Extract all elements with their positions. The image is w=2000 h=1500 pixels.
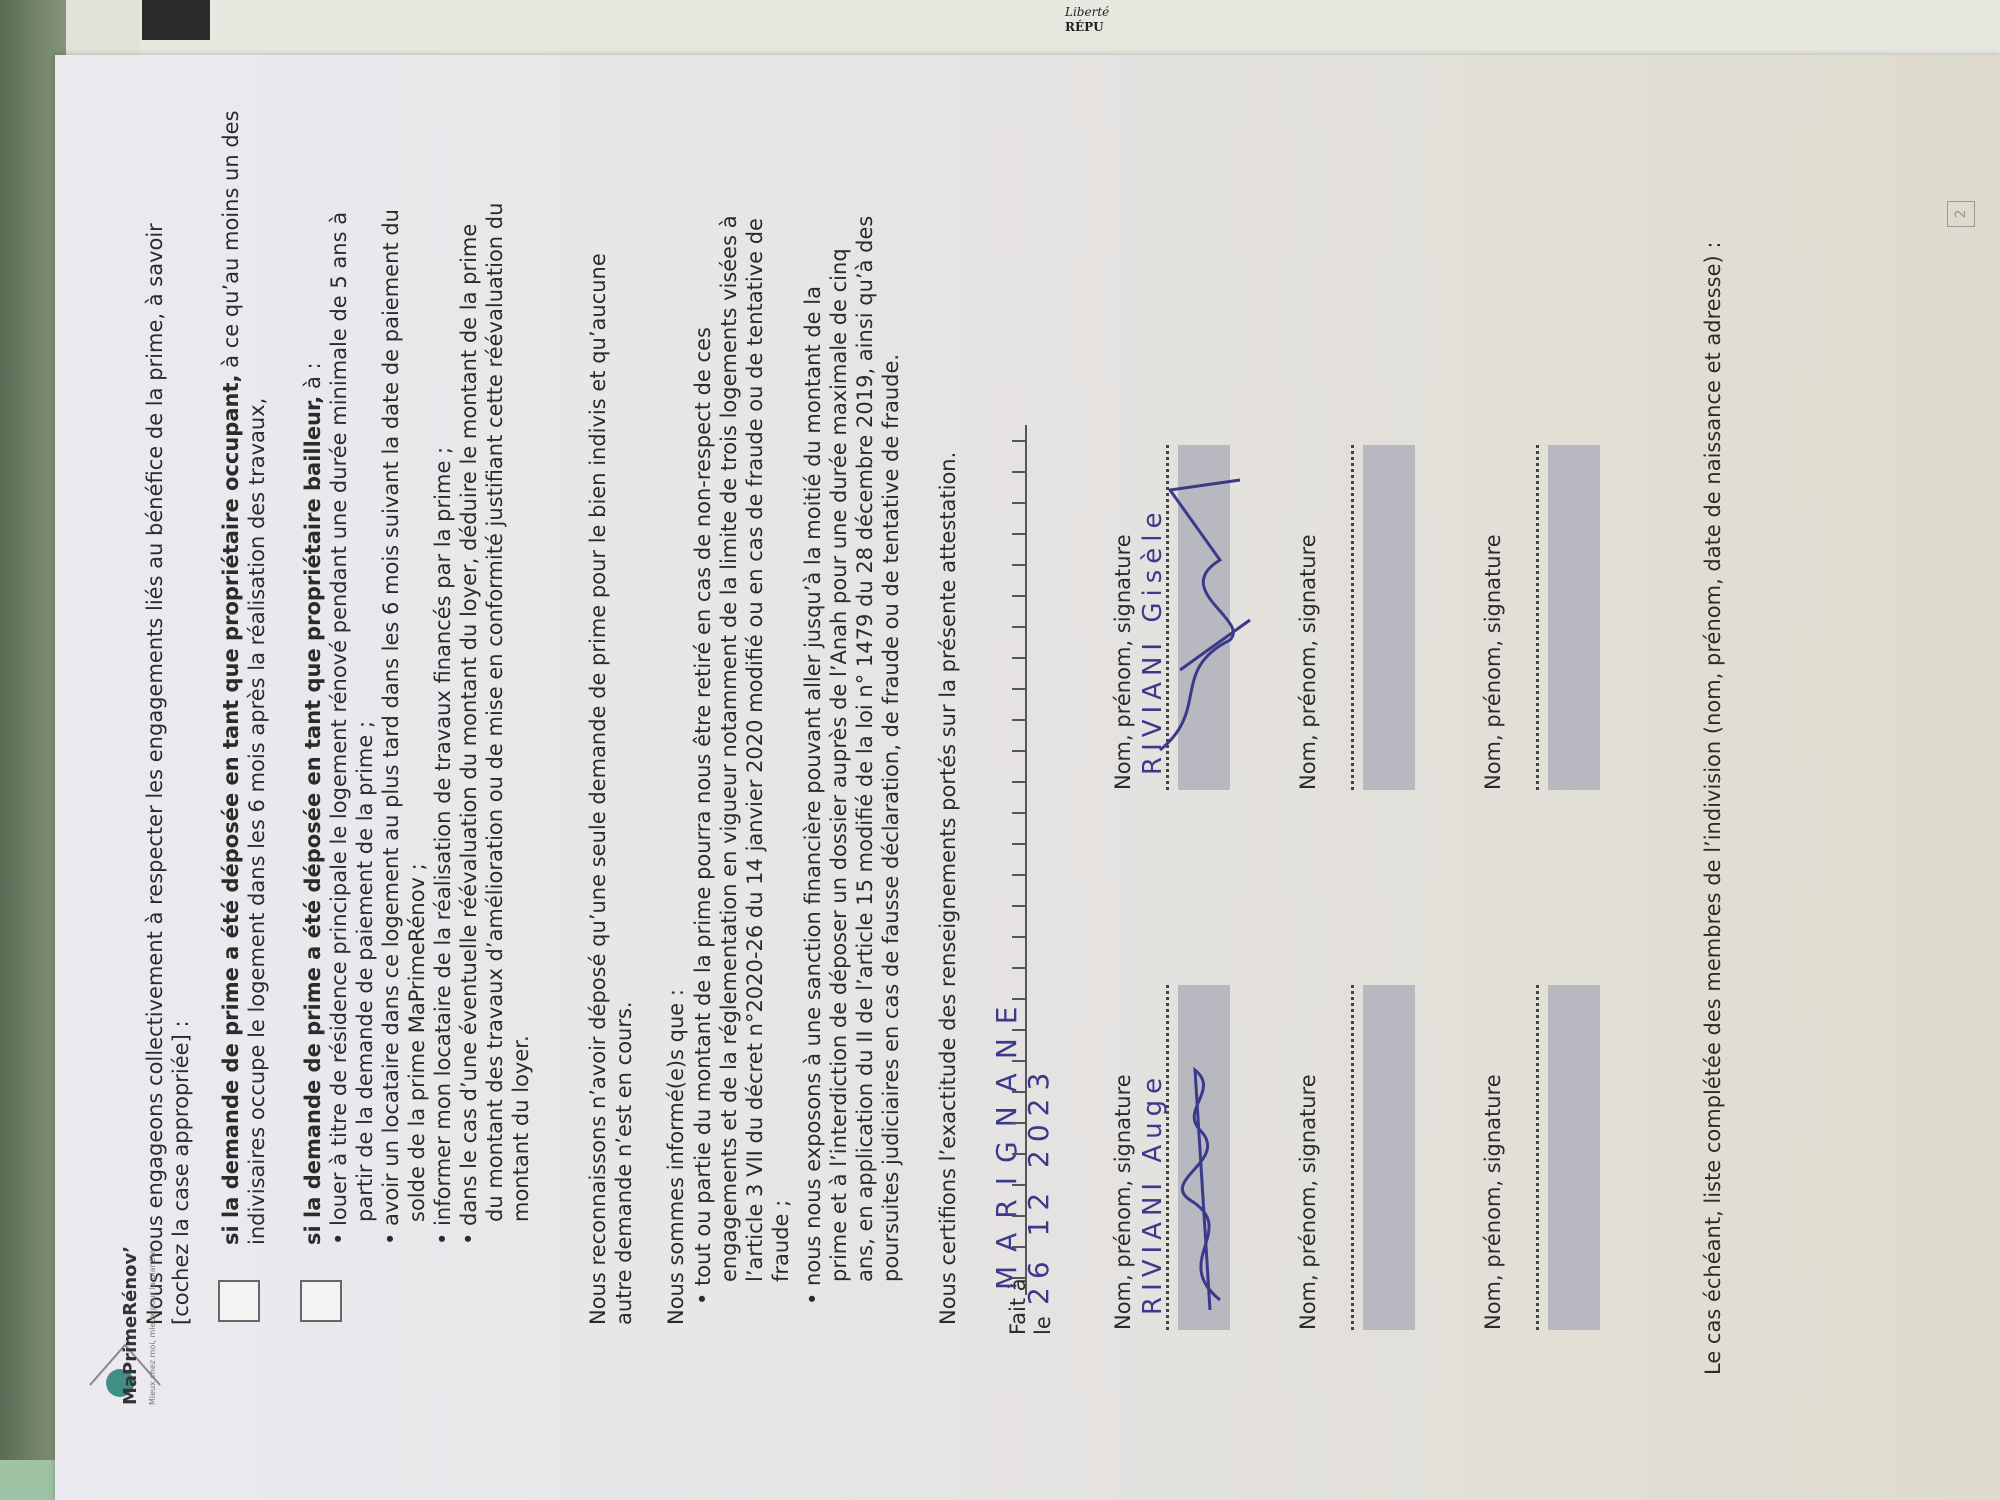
- reconnaissance-text: Nous reconnaissons n’avoir déposé qu’une…: [585, 253, 611, 1325]
- footer-note: Le cas échéant, liste complétée des memb…: [1700, 242, 1726, 1375]
- comb-tick: [1012, 1215, 1025, 1217]
- informed-line: l’article 3 VII du décret n°2020-26 du 1…: [742, 218, 768, 1282]
- name-field[interactable]: [1351, 985, 1354, 1330]
- signature-label: Nom, prénom, signature: [1110, 534, 1136, 790]
- informed-line: poursuites judiciaires en cas de fausse …: [878, 354, 904, 1282]
- option-occupant-bold: si la demande de prime a été déposée en …: [219, 375, 243, 1245]
- comb-tick: [1012, 657, 1025, 659]
- republic-logo-block: [142, 0, 210, 40]
- republique-label: RÉPU: [1065, 20, 1104, 34]
- comb-tick: [1012, 874, 1025, 876]
- comb-tick: [1012, 502, 1025, 504]
- comb-tick: [1012, 1246, 1025, 1248]
- checkbox-proprietaire-bailleur[interactable]: [300, 1280, 342, 1322]
- option-bailleur-rest: à :: [301, 362, 325, 395]
- name-field[interactable]: [1351, 445, 1354, 790]
- option-bailleur-bold: si la demande de prime a été déposée en …: [301, 396, 325, 1245]
- informed-line: • nous nous exposons à une sanction fina…: [800, 286, 826, 1305]
- option-bailleur-line: partir de la demande de paiement de la p…: [352, 721, 378, 1222]
- comb-tick: [1012, 967, 1025, 969]
- informed-line: prime et à l’interdiction de déposer un …: [826, 248, 852, 1282]
- signature-box[interactable]: [1363, 985, 1415, 1330]
- reconnaissance-text: autre demande n’est en cours.: [611, 1001, 637, 1325]
- option-bailleur-line: du montant des travaux d’amélioration ou…: [482, 203, 508, 1222]
- informed-title: Nous sommes informé(e)s que :: [663, 989, 689, 1325]
- comb-tick: [1012, 905, 1025, 907]
- signature-scribble-icon: [1150, 1010, 1260, 1310]
- informed-line: fraude ;: [768, 1200, 794, 1282]
- comb-tick: [1012, 626, 1025, 628]
- liberte-label: Liberté: [1065, 5, 1109, 19]
- comb-tick: [1012, 1277, 1025, 1279]
- option-bailleur-line: • avoir un locataire dans ce logement au…: [378, 209, 404, 1245]
- comb-tick: [1012, 936, 1025, 938]
- comb-tick: [1012, 1091, 1025, 1093]
- page-number: 2: [1947, 201, 1975, 227]
- comb-tick: [1012, 812, 1025, 814]
- comb-tick: [1012, 1060, 1025, 1062]
- comb-tick: [1012, 564, 1025, 566]
- comb-tick: [1012, 998, 1025, 1000]
- option-bailleur-line: • informer mon locataire de la réalisati…: [430, 447, 456, 1245]
- option-bailleur-line: solde de la prime MaPrimeRénov ;: [404, 863, 430, 1222]
- date-label: le: [1030, 1316, 1056, 1335]
- logo-tagline: Mieux chez moi, mieux pour la planète: [140, 1249, 166, 1405]
- signature-label: Nom, prénom, signature: [1480, 1074, 1506, 1330]
- comb-tick: [1012, 1122, 1025, 1124]
- comb-tick: [1012, 533, 1025, 535]
- option-occupant-text: si la demande de prime a été déposée en …: [218, 110, 244, 1245]
- signature-label: Nom, prénom, signature: [1110, 1074, 1136, 1330]
- option-bailleur-line: • louer à titre de résidence principale …: [326, 212, 352, 1245]
- comb-tick: [1012, 781, 1025, 783]
- checkbox-proprietaire-occupant[interactable]: [218, 1280, 260, 1322]
- signature-box[interactable]: [1548, 985, 1600, 1330]
- comb-tick: [1012, 1153, 1025, 1155]
- name-field[interactable]: [1536, 985, 1539, 1330]
- comb-tick: [1012, 688, 1025, 690]
- option-occupant-rest: à ce qu’au moins un des: [219, 110, 243, 374]
- comb-tick: [1012, 1184, 1025, 1186]
- comb-tick: [1012, 1029, 1025, 1031]
- signature-label: Nom, prénom, signature: [1295, 534, 1321, 790]
- name-field[interactable]: [1536, 445, 1539, 790]
- informed-line: • tout ou partie du montant de la prime …: [690, 327, 716, 1305]
- intro-text: Nous nous engageons collectivement à res…: [142, 223, 168, 1325]
- comb-tick: [1012, 471, 1025, 473]
- option-bailleur-text: si la demande de prime a été déposée en …: [300, 362, 326, 1245]
- informed-line: ans, en application du II de l’article 1…: [852, 216, 878, 1282]
- comb-tick: [1012, 719, 1025, 721]
- option-bailleur-line: montant du loyer.: [508, 1035, 534, 1222]
- option-bailleur-line: • dans le cas d’une éventuelle réévaluat…: [456, 224, 482, 1245]
- comb-tick: [1012, 843, 1025, 845]
- comb-tick: [1012, 440, 1025, 442]
- informed-line: engagements et de la réglementation en v…: [716, 215, 742, 1282]
- signature-box[interactable]: [1548, 445, 1600, 790]
- comb-tick: [1012, 595, 1025, 597]
- certify-text: Nous certifions l’exactitude des renseig…: [935, 452, 961, 1325]
- signature-scribble-icon: [1150, 470, 1260, 770]
- place-field-line[interactable]: [1025, 425, 1027, 1295]
- option-occupant-line2: indivisaires occupe le logement dans les…: [244, 398, 270, 1245]
- signature-label: Nom, prénom, signature: [1295, 1074, 1321, 1330]
- signature-label: Nom, prénom, signature: [1480, 534, 1506, 790]
- signature-box[interactable]: [1363, 445, 1415, 790]
- comb-tick: [1012, 750, 1025, 752]
